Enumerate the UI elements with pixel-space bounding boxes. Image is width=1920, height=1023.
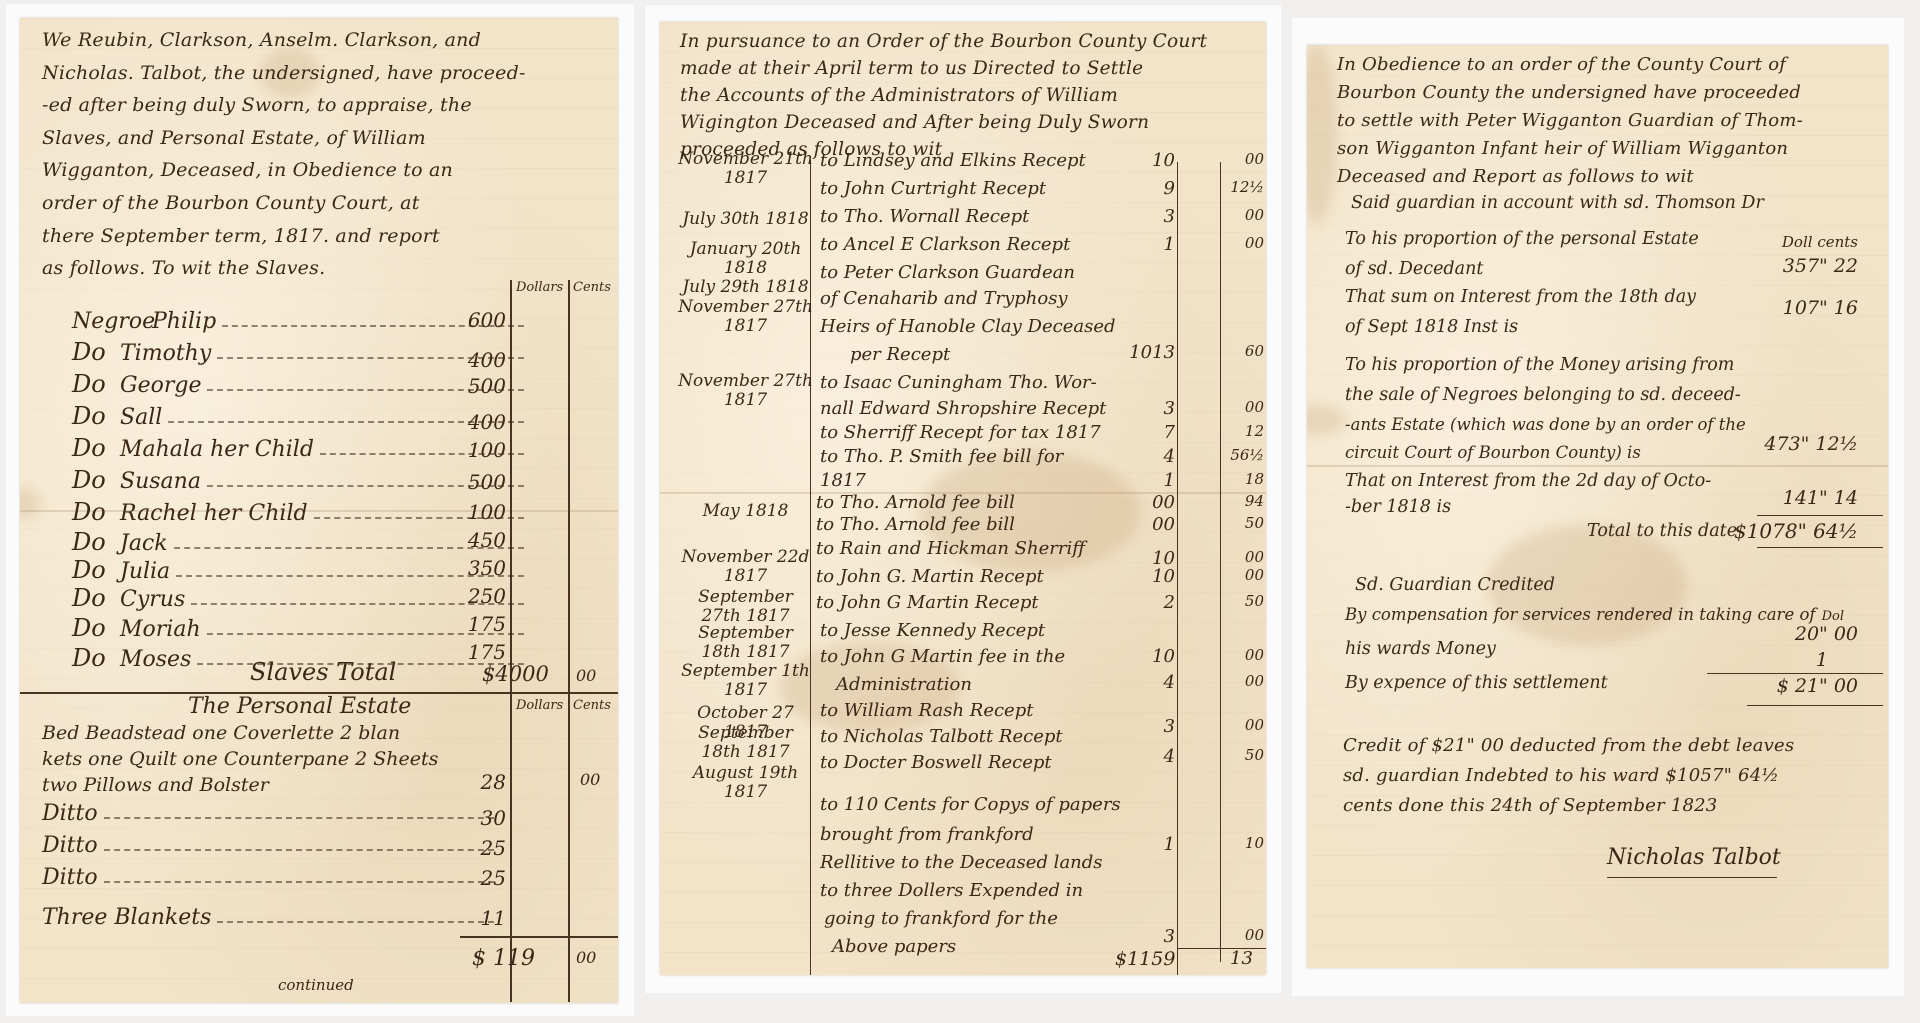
- slaves-total-cents: 00: [576, 666, 596, 685]
- total-underline: [1757, 547, 1883, 548]
- debit-amount: 107" 16: [1783, 297, 1858, 319]
- table-row: to John G Martin Recept: [816, 592, 1039, 613]
- table-row: going to frankford for the: [824, 908, 1058, 929]
- signature: Nicholas Talbot: [1607, 845, 1781, 870]
- list-item: Ditto: [42, 860, 502, 890]
- table-row: to Rain and Hickman Sherriff: [816, 538, 1085, 559]
- total-to-date-amount: $1078" 64½: [1734, 519, 1858, 543]
- closing-statement: Credit of $21" 00 deducted from the debt…: [1343, 731, 1883, 821]
- accounts-intro: In pursuance to an Order of the Bourbon …: [680, 28, 1260, 163]
- table-row: of Cenaharib and Tryphosy: [820, 288, 1068, 309]
- list-item: Bed Beadstead one Coverlette 2 blan kets…: [42, 720, 512, 798]
- slaves-total-label: Slaves Total: [250, 658, 396, 686]
- document-page-guardian-settlement: In Obedience to an order of the County C…: [1307, 45, 1888, 968]
- document-page-administrators-accounts: In pursuance to an Order of the Bourbon …: [660, 22, 1266, 975]
- document-page-appraisal: We Reubin, Clarkson, Anselm. Clarkson, a…: [20, 18, 618, 1003]
- table-row: Rellitive to the Deceased lands: [820, 852, 1103, 873]
- table-row: Above papers: [832, 936, 956, 957]
- debit-amount: 141" 14: [1783, 487, 1858, 509]
- table-row: to Docter Boswell Recept: [820, 752, 1052, 773]
- personal-total-dollars: $ 119: [472, 946, 535, 971]
- personal-estate-heading: The Personal Estate: [188, 694, 411, 719]
- personal-total-rule: [460, 936, 618, 938]
- credit-total: $ 21" 00: [1777, 675, 1858, 697]
- credit-total-underline: [1747, 705, 1883, 706]
- dollars-column-rule-left: [1177, 162, 1178, 975]
- personal-total-cents: 00: [576, 948, 596, 967]
- table-row: to Tho. Arnold fee bill: [816, 492, 1015, 513]
- credit-total-rule: [1707, 673, 1883, 674]
- list-item: Three Blankets: [42, 900, 502, 930]
- signature-flourish: [1607, 877, 1777, 878]
- credit-heading: Sd. Guardian Credited: [1355, 575, 1555, 595]
- table-row: to John G Martin fee in the: [820, 646, 1065, 667]
- table-row: to Peter Clarkson Guardean: [820, 262, 1075, 283]
- table-row: to Ancel E Clarkson Recept: [820, 234, 1070, 255]
- column-header-doll-cents: Doll cents: [1782, 233, 1858, 251]
- table-row: to Nicholas Talbott Recept: [820, 726, 1063, 747]
- table-row: Administration: [836, 674, 972, 695]
- table-row: to William Rash Recept: [820, 700, 1033, 721]
- table-row: per Recept: [850, 344, 950, 365]
- settlement-intro: In Obedience to an order of the County C…: [1337, 51, 1882, 191]
- credit-amount: 1: [1816, 649, 1828, 671]
- list-item: Ditto: [42, 796, 502, 826]
- credit-amount: 20" 00: [1795, 623, 1858, 645]
- debit-amount: 357" 22: [1783, 255, 1858, 277]
- table-row: brought from frankford: [820, 824, 1034, 845]
- table-row: to Tho. Arnold fee bill: [816, 514, 1015, 535]
- table-row: to John Curtright Recept: [820, 178, 1046, 199]
- column-header-cents: Cents: [573, 280, 611, 295]
- dollars-column-rule-right: [1220, 162, 1221, 962]
- table-row: to Sherriff Recept for tax 1817: [820, 422, 1101, 443]
- table-row: to Tho. Wornall Recept: [820, 206, 1029, 227]
- table-row: to Isaac Cuningham Tho. Wor-: [820, 372, 1097, 393]
- list-item: Ditto: [42, 828, 502, 858]
- dollars-column-rule-right: [568, 280, 570, 698]
- appraisal-intro: We Reubin, Clarkson, Anselm. Clarkson, a…: [42, 24, 602, 285]
- table-row: 1817: [820, 470, 866, 491]
- personal-dollars-rule-right: [568, 696, 570, 1002]
- table-row: nall Edward Shropshire Recept: [820, 398, 1106, 419]
- table-row: to 110 Cents for Copys of papers: [820, 794, 1121, 815]
- accounts-total-cents: 13: [1230, 948, 1253, 969]
- total-to-date-label: Total to this date: [1587, 521, 1737, 541]
- column-header-dollars: Dollars: [516, 280, 563, 295]
- table-row: to Tho. P. Smith fee bill for: [820, 446, 1063, 467]
- table-row: to Lindsey and Elkins Recept: [820, 150, 1086, 171]
- table-row: to John G. Martin Recept: [816, 566, 1044, 587]
- table-row: Heirs of Hanoble Clay Deceased: [820, 316, 1116, 337]
- table-row: to Jesse Kennedy Recept: [820, 620, 1045, 641]
- continued-note: continued: [278, 976, 354, 994]
- slaves-total-dollars: $4000: [482, 662, 549, 686]
- total-rule: [1757, 515, 1883, 516]
- account-heading: Said guardian in account with sd. Thomso…: [1351, 193, 1764, 213]
- table-row: to three Dollers Expended in: [820, 880, 1083, 901]
- debit-amount: 473" 12½: [1764, 433, 1858, 455]
- accounts-total-dollars: $1159: [1115, 948, 1175, 970]
